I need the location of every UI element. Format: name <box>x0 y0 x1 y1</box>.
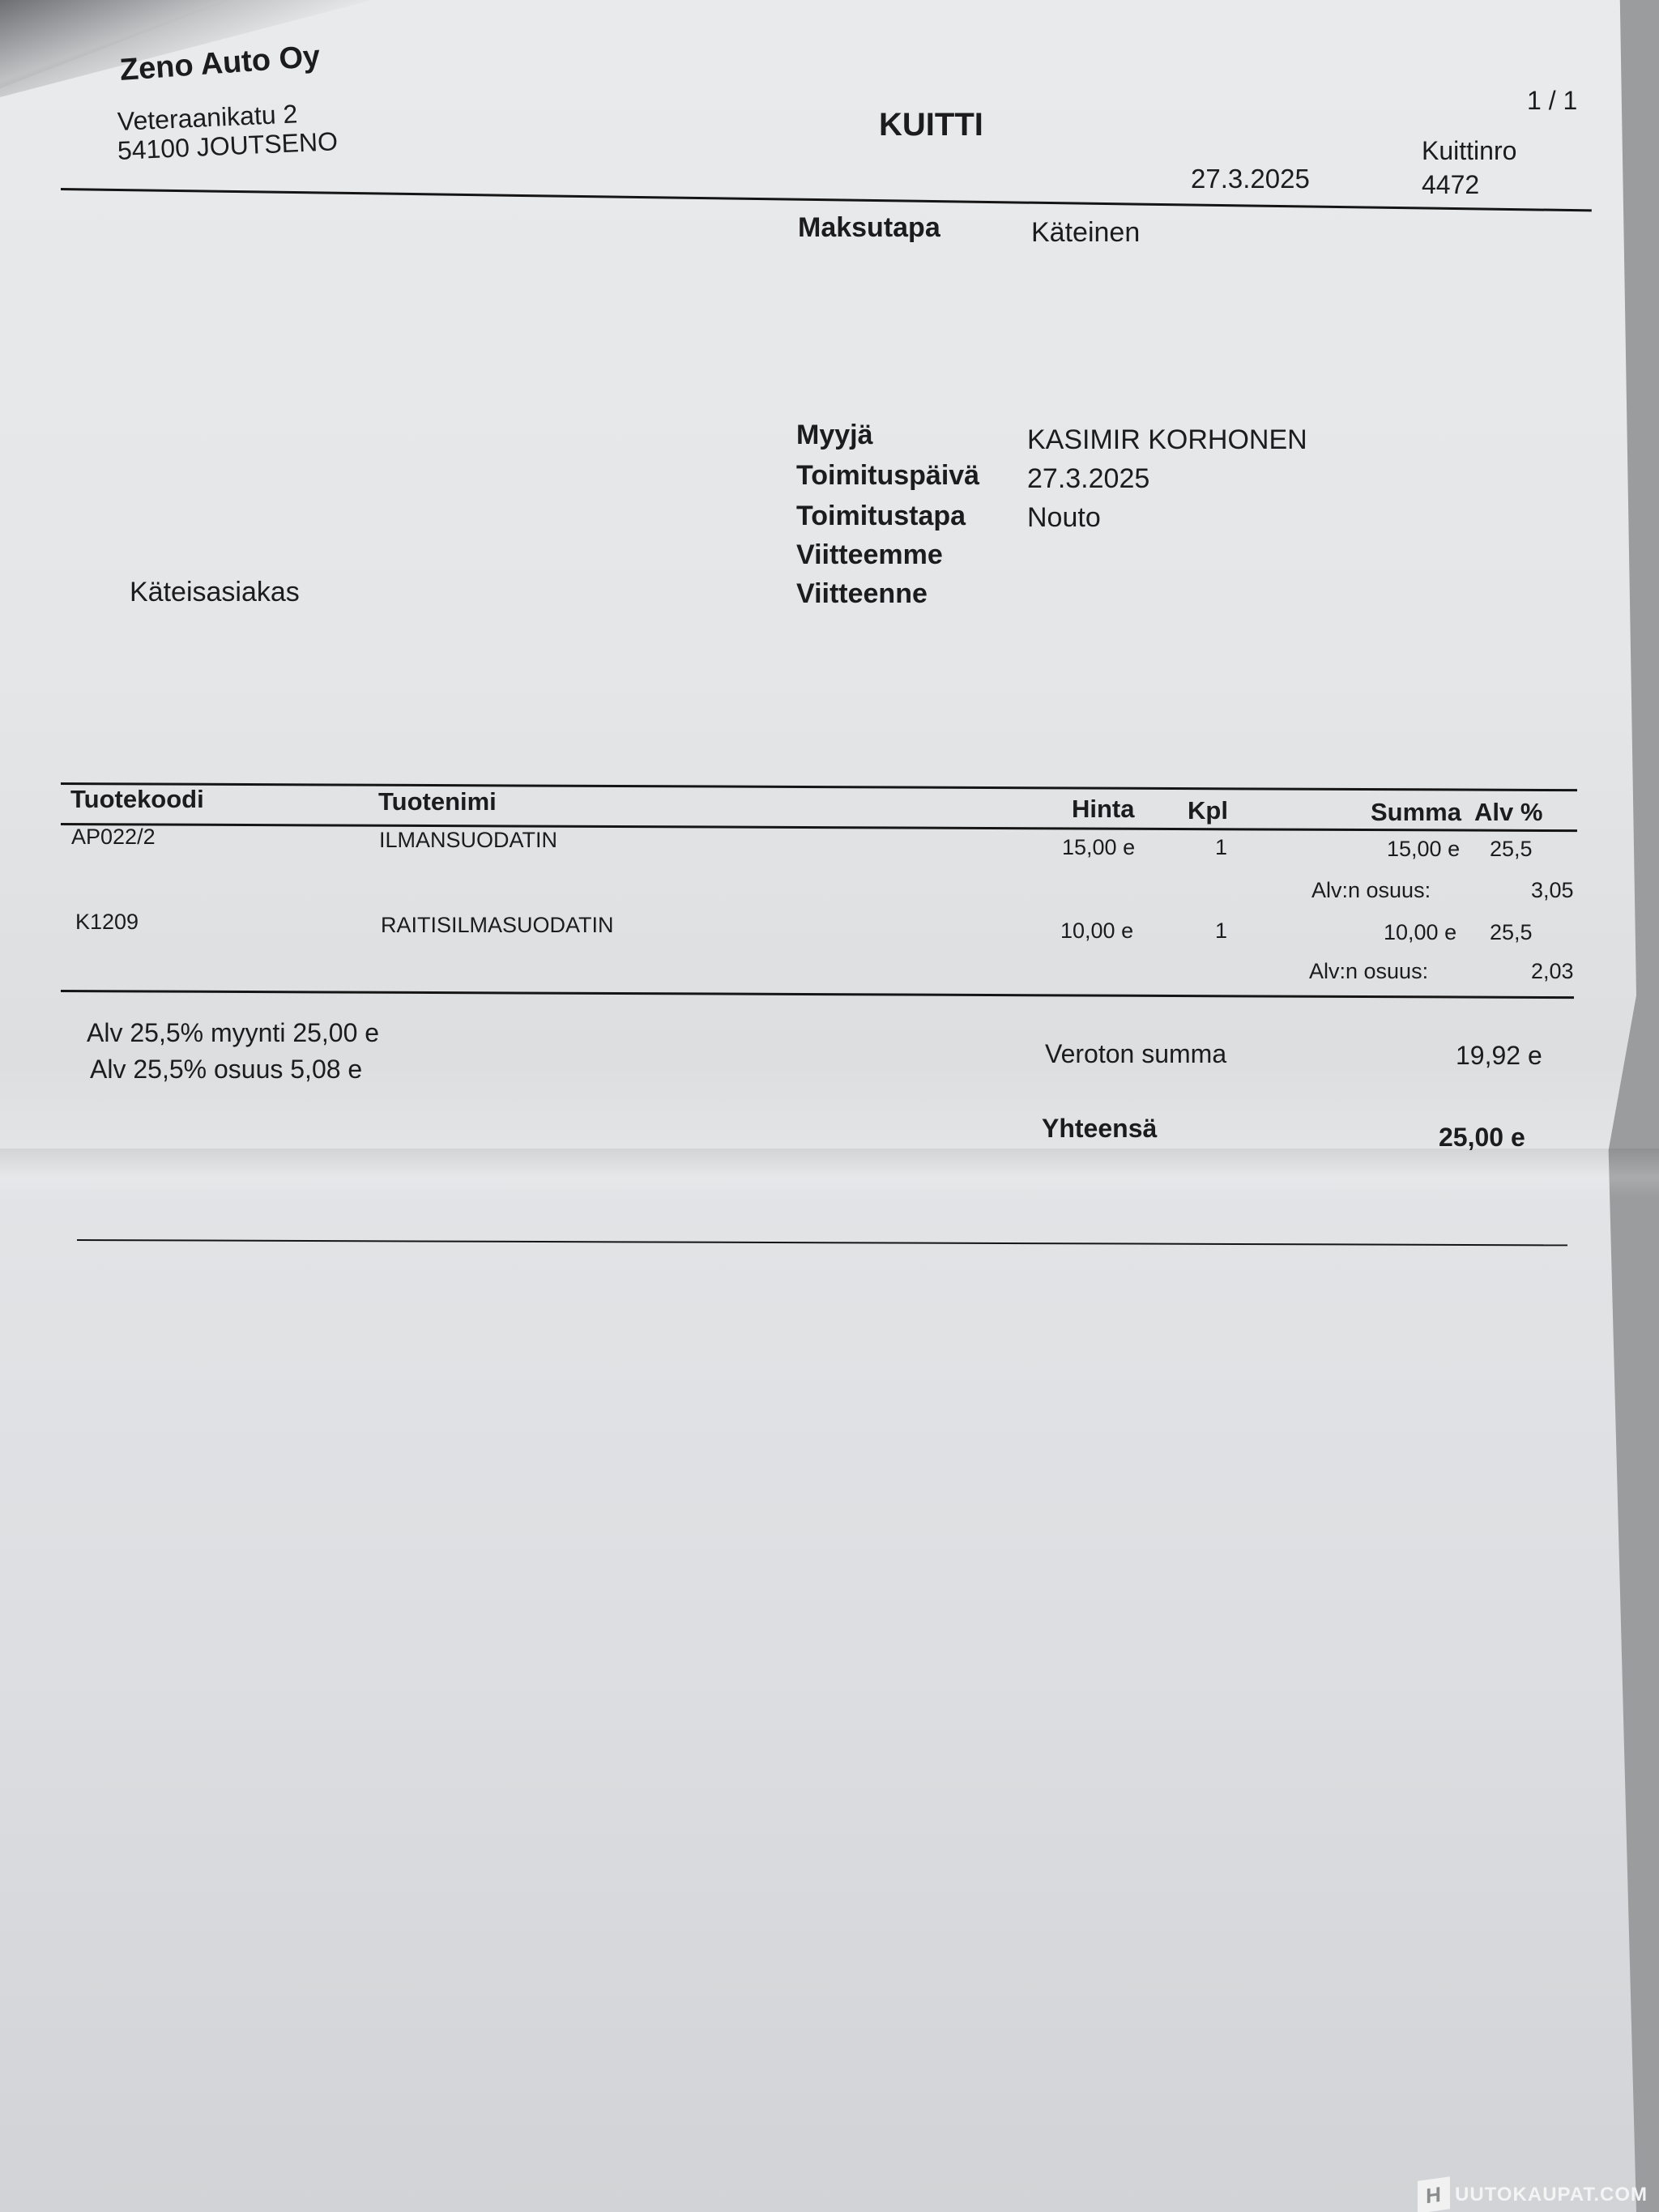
col-header-price: Hinta <box>1072 795 1135 824</box>
net-sum-label: Veroton summa <box>1045 1039 1226 1069</box>
row-product-code: K1209 <box>75 910 139 935</box>
detail-label-our-reference: Viitteemme <box>796 539 943 571</box>
total-label: Yhteensä <box>1042 1114 1157 1144</box>
row-vat-pct: 25,5 <box>1490 920 1533 945</box>
col-header-vat-pct: Alv % <box>1474 798 1542 827</box>
vat-sales-line: Alv 25,5% myynti 25,00 e <box>87 1018 379 1048</box>
col-header-product-code: Tuotekoodi <box>70 785 204 814</box>
total-value: 25,00 e <box>1439 1123 1525 1153</box>
vat-share-line: Alv 25,5% osuus 5,08 e <box>90 1055 362 1085</box>
row-sum: 15,00 e <box>1387 837 1460 862</box>
row-qty: 1 <box>1215 918 1227 944</box>
row-price: 15,00 e <box>1062 835 1135 860</box>
row-sum: 10,00 e <box>1384 920 1456 945</box>
receipt-paper <box>0 0 1636 2212</box>
row-product-code: AP022/2 <box>71 825 156 850</box>
detail-label-your-reference: Viitteenne <box>796 578 928 610</box>
detail-value-delivery-method: Nouto <box>1027 502 1101 534</box>
detail-label-seller: Myyjä <box>796 420 873 451</box>
row-vat-pct: 25,5 <box>1490 837 1533 862</box>
payment-method-value: Käteinen <box>1031 217 1140 249</box>
cube-logo-icon: H <box>1418 2176 1450 2212</box>
row-vat-share: 3,05 <box>1531 878 1574 903</box>
row-vat-share-label: Alv:n osuus: <box>1309 959 1428 984</box>
row-qty: 1 <box>1215 835 1227 860</box>
receipt-number-label: Kuittinro <box>1422 136 1516 166</box>
document-title: KUITTI <box>879 107 983 143</box>
paper-fold <box>0 1149 1659 1197</box>
payment-method-label: Maksutapa <box>798 212 940 244</box>
detail-label-delivery-date: Toimituspäivä <box>796 460 979 492</box>
row-price: 10,00 e <box>1060 918 1133 944</box>
receipt-number: 4472 <box>1422 170 1479 200</box>
watermark-text: UUTOKAUPAT.COM <box>1455 2184 1648 2206</box>
row-product-name: RAITISILMASUODATIN <box>381 913 614 938</box>
row-vat-share-label: Alv:n osuus: <box>1311 878 1431 903</box>
detail-label-delivery-method: Toimitustapa <box>796 501 966 532</box>
col-header-sum: Summa <box>1371 798 1461 827</box>
row-vat-share: 2,03 <box>1531 959 1574 984</box>
detail-value-delivery-date: 27.3.2025 <box>1027 463 1149 495</box>
net-sum-value: 19,92 e <box>1456 1041 1542 1071</box>
page-number: 1 / 1 <box>1527 86 1577 116</box>
watermark: H UUTOKAUPAT.COM <box>1418 2179 1648 2211</box>
col-header-product-name: Tuotenimi <box>378 787 497 816</box>
row-product-name: ILMANSUODATIN <box>379 828 557 853</box>
detail-value-seller: KASIMIR KORHONEN <box>1027 424 1307 456</box>
receipt-date: 27.3.2025 <box>1191 164 1310 194</box>
col-header-qty: Kpl <box>1188 796 1228 825</box>
customer-name: Käteisasiakas <box>130 577 300 608</box>
